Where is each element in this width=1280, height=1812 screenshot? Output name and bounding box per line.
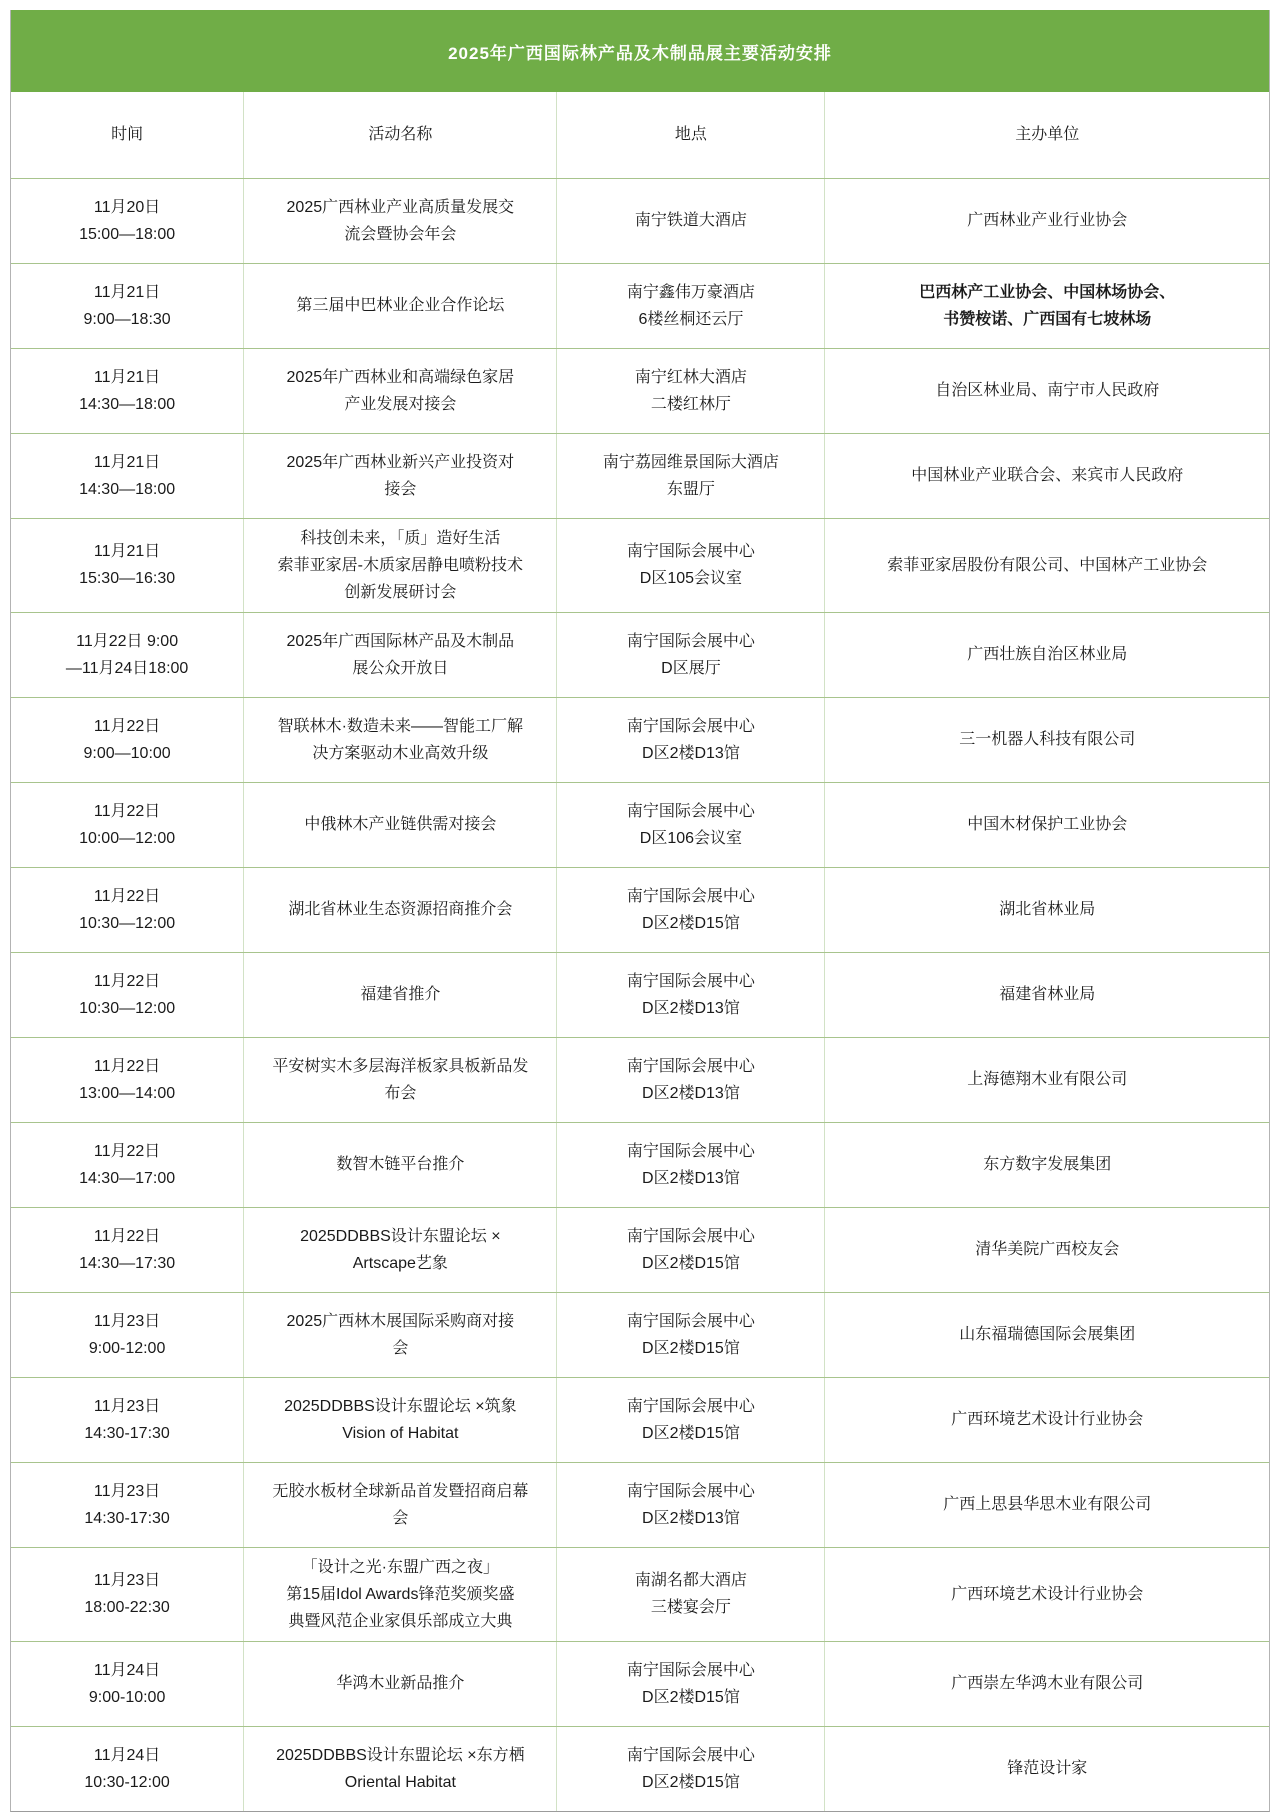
time-cell: 11月22日 10:30—12:00 bbox=[11, 867, 244, 952]
time-cell: 11月22日 10:00—12:00 bbox=[11, 782, 244, 867]
location-cell: 南宁国际会展中心 D区2楼D15馆 bbox=[557, 1207, 825, 1292]
table-row: 11月22日 9:00 —11月24日18:00 2025年广西国际林产品及木制… bbox=[11, 612, 1269, 697]
time-cell: 11月22日 14:30—17:30 bbox=[11, 1207, 244, 1292]
location-cell: 南湖名都大酒店 三楼宴会厅 bbox=[557, 1547, 825, 1641]
location-cell: 南宁国际会展中心 D区2楼D15馆 bbox=[557, 1726, 825, 1811]
table-title: 2025年广西国际林产品及木制品展主要活动安排 bbox=[11, 10, 1269, 92]
activity-cell: 中俄林木产业链供需对接会 bbox=[244, 782, 557, 867]
time-cell: 11月23日 9:00-12:00 bbox=[11, 1292, 244, 1377]
table-body: 11月20日 15:00—18:00 2025广西林业产业高质量发展交 流会暨协… bbox=[11, 178, 1269, 1811]
location-cell: 南宁国际会展中心 D区105会议室 bbox=[557, 518, 825, 612]
organizer-cell: 巴西林产工业协会、中国林场协会、 书赞桉诺、广西国有七坡林场 bbox=[825, 263, 1269, 348]
column-header-organizer: 主办单位 bbox=[825, 92, 1269, 178]
events-table: 时间 活动名称 地点 主办单位 11月20日 15:00—18:00 2025广… bbox=[11, 92, 1269, 1811]
location-cell: 南宁鑫伟万豪酒店 6楼丝桐还云厅 bbox=[557, 263, 825, 348]
column-header-time: 时间 bbox=[11, 92, 244, 178]
table-row: 11月23日 14:30-17:30 2025DDBBS设计东盟论坛 ×筑象 V… bbox=[11, 1377, 1269, 1462]
location-cell: 南宁国际会展中心 D区2楼D13馆 bbox=[557, 1122, 825, 1207]
activity-cell: 福建省推介 bbox=[244, 952, 557, 1037]
location-cell: 南宁铁道大酒店 bbox=[557, 178, 825, 263]
activity-cell: 2025DDBBS设计东盟论坛 × Artscape艺象 bbox=[244, 1207, 557, 1292]
activity-cell: 2025DDBBS设计东盟论坛 ×筑象 Vision of Habitat bbox=[244, 1377, 557, 1462]
table-row: 11月21日 14:30—18:00 2025年广西林业新兴产业投资对 接会 南… bbox=[11, 433, 1269, 518]
organizer-cell: 自治区林业局、南宁市人民政府 bbox=[825, 348, 1269, 433]
time-cell: 11月22日 9:00 —11月24日18:00 bbox=[11, 612, 244, 697]
organizer-cell: 三一机器人科技有限公司 bbox=[825, 697, 1269, 782]
organizer-cell: 广西壮族自治区林业局 bbox=[825, 612, 1269, 697]
table-row: 11月22日 14:30—17:30 2025DDBBS设计东盟论坛 × Art… bbox=[11, 1207, 1269, 1292]
organizer-cell: 福建省林业局 bbox=[825, 952, 1269, 1037]
location-cell: 南宁国际会展中心 D区2楼D15馆 bbox=[557, 1641, 825, 1726]
table-row: 11月23日 18:00-22:30 「设计之光·东盟广西之夜」 第15届Ido… bbox=[11, 1547, 1269, 1641]
schedule-page: 2025年广西国际林产品及木制品展主要活动安排 时间 活动名称 地点 主办单位 … bbox=[10, 10, 1270, 1812]
time-cell: 11月21日 14:30—18:00 bbox=[11, 348, 244, 433]
table-row: 11月24日 9:00-10:00 华鸿木业新品推介 南宁国际会展中心 D区2楼… bbox=[11, 1641, 1269, 1726]
header-row: 时间 活动名称 地点 主办单位 bbox=[11, 92, 1269, 178]
activity-cell: 2025DDBBS设计东盟论坛 ×东方栖 Oriental Habitat bbox=[244, 1726, 557, 1811]
time-cell: 11月22日 10:30—12:00 bbox=[11, 952, 244, 1037]
location-cell: 南宁国际会展中心 D区2楼D13馆 bbox=[557, 952, 825, 1037]
location-cell: 南宁红林大酒店 二楼红林厅 bbox=[557, 348, 825, 433]
organizer-cell: 索菲亚家居股份有限公司、中国林产工业协会 bbox=[825, 518, 1269, 612]
time-cell: 11月24日 9:00-10:00 bbox=[11, 1641, 244, 1726]
time-cell: 11月23日 14:30-17:30 bbox=[11, 1462, 244, 1547]
organizer-cell: 湖北省林业局 bbox=[825, 867, 1269, 952]
organizer-cell: 广西崇左华鸿木业有限公司 bbox=[825, 1641, 1269, 1726]
location-cell: 南宁国际会展中心 D区2楼D15馆 bbox=[557, 867, 825, 952]
location-cell: 南宁国际会展中心 D区2楼D15馆 bbox=[557, 1377, 825, 1462]
organizer-cell: 清华美院广西校友会 bbox=[825, 1207, 1269, 1292]
column-header-activity: 活动名称 bbox=[244, 92, 557, 178]
time-cell: 11月21日 9:00—18:30 bbox=[11, 263, 244, 348]
time-cell: 11月22日 13:00—14:00 bbox=[11, 1037, 244, 1122]
column-header-location: 地点 bbox=[557, 92, 825, 178]
activity-cell: 平安树实木多层海洋板家具板新品发 布会 bbox=[244, 1037, 557, 1122]
organizer-cell: 锋范设计家 bbox=[825, 1726, 1269, 1811]
activity-cell: 「设计之光·东盟广西之夜」 第15届Idol Awards锋范奖颁奖盛 典暨风范… bbox=[244, 1547, 557, 1641]
table-row: 11月21日 14:30—18:00 2025年广西林业和高端绿色家居 产业发展… bbox=[11, 348, 1269, 433]
table-header: 时间 活动名称 地点 主办单位 bbox=[11, 92, 1269, 178]
activity-cell: 2025广西林业产业高质量发展交 流会暨协会年会 bbox=[244, 178, 557, 263]
table-row: 11月22日 9:00—10:00 智联林木·数造未来——智能工厂解 决方案驱动… bbox=[11, 697, 1269, 782]
activity-cell: 2025广西林木展国际采购商对接 会 bbox=[244, 1292, 557, 1377]
activity-cell: 2025年广西林业新兴产业投资对 接会 bbox=[244, 433, 557, 518]
table-row: 11月24日 10:30-12:00 2025DDBBS设计东盟论坛 ×东方栖 … bbox=[11, 1726, 1269, 1811]
activity-cell: 华鸿木业新品推介 bbox=[244, 1641, 557, 1726]
location-cell: 南宁国际会展中心 D区2楼D15馆 bbox=[557, 1292, 825, 1377]
location-cell: 南宁国际会展中心 D区2楼D13馆 bbox=[557, 697, 825, 782]
activity-cell: 2025年广西林业和高端绿色家居 产业发展对接会 bbox=[244, 348, 557, 433]
time-cell: 11月23日 14:30-17:30 bbox=[11, 1377, 244, 1462]
activity-cell: 数智木链平台推介 bbox=[244, 1122, 557, 1207]
activity-cell: 无胶水板材全球新品首发暨招商启幕 会 bbox=[244, 1462, 557, 1547]
location-cell: 南宁国际会展中心 D区2楼D13馆 bbox=[557, 1462, 825, 1547]
table-row: 11月22日 10:30—12:00 福建省推介 南宁国际会展中心 D区2楼D1… bbox=[11, 952, 1269, 1037]
organizer-cell: 上海德翔木业有限公司 bbox=[825, 1037, 1269, 1122]
table-row: 11月23日 14:30-17:30 无胶水板材全球新品首发暨招商启幕 会 南宁… bbox=[11, 1462, 1269, 1547]
organizer-cell: 广西环境艺术设计行业协会 bbox=[825, 1547, 1269, 1641]
table-row: 11月21日 15:30—16:30 科技创未来，「质」造好生活 索菲亚家居-木… bbox=[11, 518, 1269, 612]
table-row: 11月22日 13:00—14:00 平安树实木多层海洋板家具板新品发 布会 南… bbox=[11, 1037, 1269, 1122]
location-cell: 南宁国际会展中心 D区106会议室 bbox=[557, 782, 825, 867]
location-cell: 南宁国际会展中心 D区展厅 bbox=[557, 612, 825, 697]
table-row: 11月21日 9:00—18:30 第三届中巴林业企业合作论坛 南宁鑫伟万豪酒店… bbox=[11, 263, 1269, 348]
time-cell: 11月20日 15:00—18:00 bbox=[11, 178, 244, 263]
organizer-cell: 广西林业产业行业协会 bbox=[825, 178, 1269, 263]
time-cell: 11月24日 10:30-12:00 bbox=[11, 1726, 244, 1811]
time-cell: 11月21日 14:30—18:00 bbox=[11, 433, 244, 518]
time-cell: 11月21日 15:30—16:30 bbox=[11, 518, 244, 612]
organizer-cell: 东方数字发展集团 bbox=[825, 1122, 1269, 1207]
organizer-cell: 中国林业产业联合会、来宾市人民政府 bbox=[825, 433, 1269, 518]
activity-cell: 科技创未来，「质」造好生活 索菲亚家居-木质家居静电喷粉技术 创新发展研讨会 bbox=[244, 518, 557, 612]
location-cell: 南宁荔园维景国际大酒店 东盟厅 bbox=[557, 433, 825, 518]
events-table-frame: 2025年广西国际林产品及木制品展主要活动安排 时间 活动名称 地点 主办单位 … bbox=[10, 10, 1270, 1812]
location-cell: 南宁国际会展中心 D区2楼D13馆 bbox=[557, 1037, 825, 1122]
organizer-cell: 中国木材保护工业协会 bbox=[825, 782, 1269, 867]
time-cell: 11月22日 14:30—17:00 bbox=[11, 1122, 244, 1207]
table-row: 11月23日 9:00-12:00 2025广西林木展国际采购商对接 会 南宁国… bbox=[11, 1292, 1269, 1377]
organizer-cell: 广西上思县华思木业有限公司 bbox=[825, 1462, 1269, 1547]
table-row: 11月22日 14:30—17:00 数智木链平台推介 南宁国际会展中心 D区2… bbox=[11, 1122, 1269, 1207]
activity-cell: 第三届中巴林业企业合作论坛 bbox=[244, 263, 557, 348]
organizer-cell: 山东福瑞德国际会展集团 bbox=[825, 1292, 1269, 1377]
time-cell: 11月23日 18:00-22:30 bbox=[11, 1547, 244, 1641]
organizer-cell: 广西环境艺术设计行业协会 bbox=[825, 1377, 1269, 1462]
activity-cell: 2025年广西国际林产品及木制品 展公众开放日 bbox=[244, 612, 557, 697]
activity-cell: 湖北省林业生态资源招商推介会 bbox=[244, 867, 557, 952]
table-row: 11月20日 15:00—18:00 2025广西林业产业高质量发展交 流会暨协… bbox=[11, 178, 1269, 263]
time-cell: 11月22日 9:00—10:00 bbox=[11, 697, 244, 782]
table-row: 11月22日 10:00—12:00 中俄林木产业链供需对接会 南宁国际会展中心… bbox=[11, 782, 1269, 867]
table-row: 11月22日 10:30—12:00 湖北省林业生态资源招商推介会 南宁国际会展… bbox=[11, 867, 1269, 952]
activity-cell: 智联林木·数造未来——智能工厂解 决方案驱动木业高效升级 bbox=[244, 697, 557, 782]
